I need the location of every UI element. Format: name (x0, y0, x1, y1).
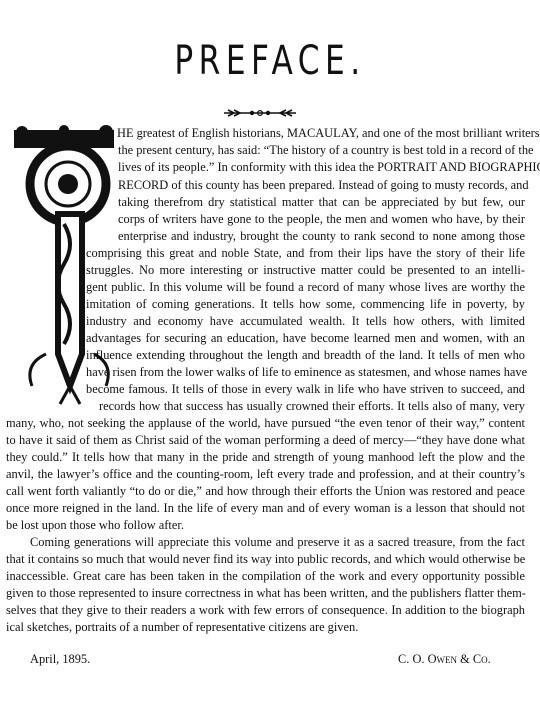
text-line: imitation of coming generations. It tell… (86, 297, 525, 312)
text-line: lives of its people.” In conformity with… (118, 160, 525, 175)
text-line: gent public. In this volume will be foun… (86, 280, 525, 295)
text-line: they could.” It tells how that many in t… (6, 450, 525, 465)
text-line: selves that they give to their readers a… (6, 603, 525, 618)
text-line: records how that success has usually cro… (99, 399, 525, 414)
text-line: call went forth valiantly “to do or die,… (6, 484, 525, 499)
text-line: inaccessible. Great care has been taken … (6, 569, 525, 584)
text-line: many, who, not seeking the applause of t… (6, 416, 525, 431)
text-line: Coming generations will appreciate this … (30, 535, 525, 550)
text-line: be lost upon those who follow after. (6, 518, 184, 533)
date: April, 1895. (30, 652, 90, 667)
text-line: influence extending throughout the lengt… (86, 348, 525, 363)
text-line: enterprise and industry, brought the cou… (118, 229, 525, 244)
text-line: given to those represented to insure cor… (6, 586, 525, 601)
text-line: anvil, the lawyer’s office and the count… (6, 467, 525, 482)
text-line: RECORD of this county has been prepared.… (118, 178, 525, 193)
text-line: corps of writers have gone to the people… (118, 212, 525, 227)
text-line: once more reigned in the land. In the li… (6, 501, 525, 516)
text-line: that it contains so much that would neve… (6, 552, 525, 567)
text-line: taking therefrom dry statistical matter … (118, 195, 525, 210)
divider-ornament-icon (222, 108, 298, 118)
text-line: the present century, has said: “The hist… (118, 143, 525, 158)
text-line: struggles. No more interesting or instru… (86, 263, 525, 278)
text-line: advantages for securing an education, ha… (86, 331, 525, 346)
text-line: industry and economy have accumulated we… (86, 314, 525, 329)
text-line: HE greatest of English historians, MACAU… (117, 126, 525, 141)
text-line: comprising this great and noble State, a… (86, 246, 525, 261)
page-title: PREFACE. (59, 38, 480, 84)
text-line: become famous. It tells of those in ever… (86, 382, 525, 397)
text-line: have risen from the lower walks of life … (86, 365, 525, 380)
text-line: to have it said of them as Christ said o… (6, 433, 525, 448)
text-line: ical sketches, portraits of a number of … (6, 620, 358, 635)
signature: C. O. Owen & Co. (398, 652, 491, 667)
